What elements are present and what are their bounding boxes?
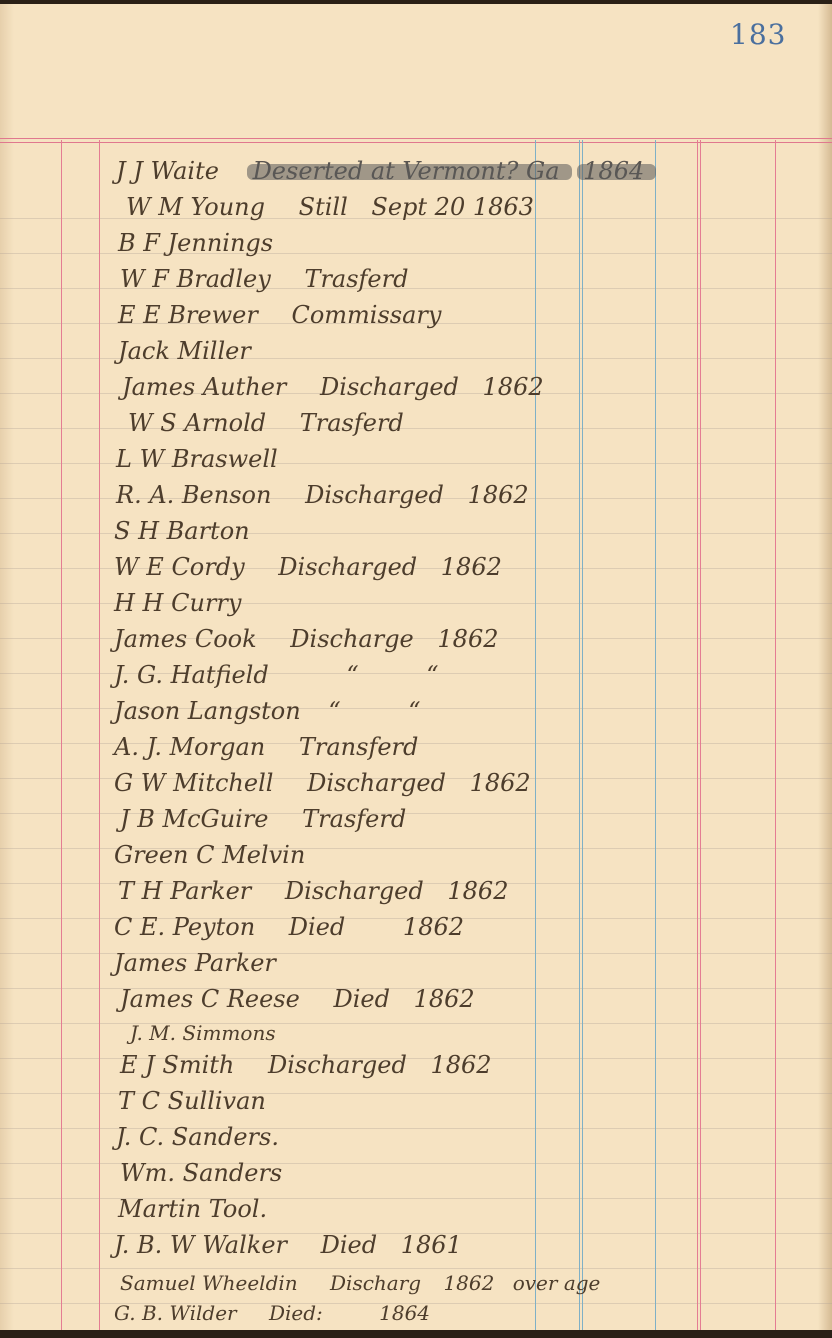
entry-row: G. B. Wilder Died: 1864 [114, 1296, 430, 1330]
entry-name: J. G. Hatfield [114, 658, 269, 692]
entry-name: James Cook [114, 622, 257, 656]
entry-note: Transferd [299, 730, 418, 764]
entry-year: 1862 [483, 370, 544, 404]
entry-year: 1861 [401, 1228, 462, 1262]
entry-row: Martin Tool. [118, 1192, 267, 1226]
entry-name: Jack Miller [118, 334, 251, 368]
entry-row: W E Cordy Discharged 1862 [114, 550, 502, 584]
entry-row: J. G. Hatfield “ “ [114, 658, 439, 692]
entry-note: Discharged [305, 478, 444, 512]
entry-note: Discharged [320, 370, 459, 404]
entry-note: Trasferd [300, 406, 404, 440]
entry-row: J B McGuire Trasferd [120, 802, 406, 836]
entry-ditto: “ [408, 694, 420, 728]
entry-year-struck: 1864 [583, 154, 644, 188]
entry-row: J. B. W Walker Died 1861 [114, 1228, 462, 1262]
entry-row: James Parker [114, 946, 276, 980]
entry-row: J. M. Simmons [130, 1016, 276, 1050]
entry-row: W S Arnold Trasferd [128, 406, 404, 440]
entry-name: A. J. Morgan [114, 730, 265, 764]
entry-row: T H Parker Discharged 1862 [118, 874, 508, 908]
entry-row: E J Smith Discharged 1862 [120, 1048, 492, 1082]
entry-name: W M Young [126, 190, 265, 224]
entry-name: J. M. Simmons [130, 1016, 276, 1050]
entry-year: 1862 [468, 478, 529, 512]
entry-row: A. J. Morgan Transferd [114, 730, 418, 764]
entry-note: Discharg [330, 1266, 421, 1300]
entry-row: T C Sullivan [118, 1084, 266, 1118]
entry-row: J J Waite Deserted at Vermont? Ga 1864 [116, 154, 644, 188]
entry-name: Jason Langston [114, 694, 301, 728]
entry-name: E E Brewer [118, 298, 258, 332]
entry-note: Trasferd [304, 262, 408, 296]
column-rule-2a [579, 140, 580, 1330]
entry-name: R. A. Benson [116, 478, 271, 512]
entry-note-struck: Deserted at Vermont? Ga [253, 154, 560, 188]
entry-year: 1862 [437, 622, 498, 656]
entry-note: Discharged [268, 1048, 407, 1082]
header-rule-top [0, 138, 832, 139]
entry-ditto: “ [328, 694, 340, 728]
entry-name: Samuel Wheeldin [120, 1266, 298, 1300]
entry-row: S H Barton [114, 514, 250, 548]
entry-extra-note: over age [513, 1266, 601, 1300]
entry-year: 1864 [379, 1296, 430, 1330]
entry-name: W S Arnold [128, 406, 266, 440]
entry-row: R. A. Benson Discharged 1862 [116, 478, 529, 512]
entry-note: Commissary [291, 298, 441, 332]
entry-row: B F Jennings [118, 226, 273, 260]
entry-name: Wm. Sanders [120, 1156, 282, 1190]
entry-name: E J Smith [120, 1048, 234, 1082]
entry-name: J J Waite [116, 154, 219, 188]
entry-name: J B McGuire [120, 802, 269, 836]
entry-year: 1862 [443, 1266, 494, 1300]
entry-name: J. C. Sanders. [116, 1120, 279, 1154]
entry-row: Green C Melvin [114, 838, 305, 872]
entry-name: James C Reese [120, 982, 300, 1016]
ledger-page: 183 J J Waite Deserted at Vermont? Ga 18… [0, 4, 832, 1330]
entry-name: C E. Peyton [114, 910, 255, 944]
entry-name: J. B. W Walker [114, 1228, 287, 1262]
entry-note: Died [289, 910, 345, 944]
entry-row: J. C. Sanders. [116, 1120, 279, 1154]
entry-note: Still [299, 190, 348, 224]
entry-row: James Cook Discharge 1862 [114, 622, 498, 656]
entry-name: G. B. Wilder [114, 1296, 237, 1330]
entry-note: Died: [269, 1296, 323, 1330]
entry-year: 1862 [431, 1048, 492, 1082]
entry-name: James Parker [114, 946, 276, 980]
entry-note: Discharge [290, 622, 413, 656]
entry-year: 1862 [441, 550, 502, 584]
entry-name: James Auther [122, 370, 286, 404]
entry-name: T H Parker [118, 874, 251, 908]
entry-row: E E Brewer Commissary [118, 298, 441, 332]
entry-note: Trasferd [302, 802, 406, 836]
entry-name: L W Braswell [116, 442, 278, 476]
entry-name: W F Bradley [120, 262, 271, 296]
entry-year: 1862 [470, 766, 531, 800]
column-rule-3 [655, 140, 656, 1330]
header-rule-bottom [0, 142, 832, 143]
entry-row: Wm. Sanders [120, 1156, 282, 1190]
entry-row: James Auther Discharged 1862 [122, 370, 544, 404]
entry-row: H H Curry [114, 586, 241, 620]
entry-name: H H Curry [114, 586, 241, 620]
column-rule-5 [775, 140, 776, 1330]
entry-row: James C Reese Died 1862 [120, 982, 475, 1016]
entry-row: Samuel Wheeldin Discharg 1862 over age [120, 1266, 600, 1300]
entry-note: Died [321, 1228, 377, 1262]
entry-row: L W Braswell [116, 442, 278, 476]
entry-year: 1862 [414, 982, 475, 1016]
margin-rule-1 [61, 140, 62, 1330]
entry-note: Discharged [307, 766, 446, 800]
entry-name: W E Cordy [114, 550, 245, 584]
entry-name: G W Mitchell [114, 766, 273, 800]
entry-note: Discharged [278, 550, 417, 584]
entry-row: G W Mitchell Discharged 1862 [114, 766, 531, 800]
column-rule-4a [697, 140, 698, 1330]
column-rule-2b [582, 140, 583, 1330]
entry-year: 1862 [447, 874, 508, 908]
entry-row: Jason Langston “ “ [114, 694, 421, 728]
entry-ditto: “ [426, 658, 438, 692]
entry-row: Jack Miller [118, 334, 251, 368]
entry-name: Martin Tool. [118, 1192, 267, 1226]
entry-name: T C Sullivan [118, 1084, 266, 1118]
margin-rule-2 [99, 140, 100, 1330]
entry-name: S H Barton [114, 514, 250, 548]
entry-ditto: “ [346, 658, 358, 692]
column-rule-4b [700, 140, 701, 1330]
entry-row: W F Bradley Trasferd [120, 262, 408, 296]
entry-name: B F Jennings [118, 226, 273, 260]
entry-note: Discharged [285, 874, 424, 908]
entry-note: Died [333, 982, 389, 1016]
column-rule-1 [535, 140, 536, 1330]
entry-year: Sept 20 1863 [371, 190, 534, 224]
page-number: 183 [730, 18, 786, 51]
entry-year: 1862 [403, 910, 464, 944]
entry-name: Green C Melvin [114, 838, 305, 872]
entry-row: W M Young Still Sept 20 1863 [126, 190, 534, 224]
entry-row: C E. Peyton Died 1862 [114, 910, 464, 944]
